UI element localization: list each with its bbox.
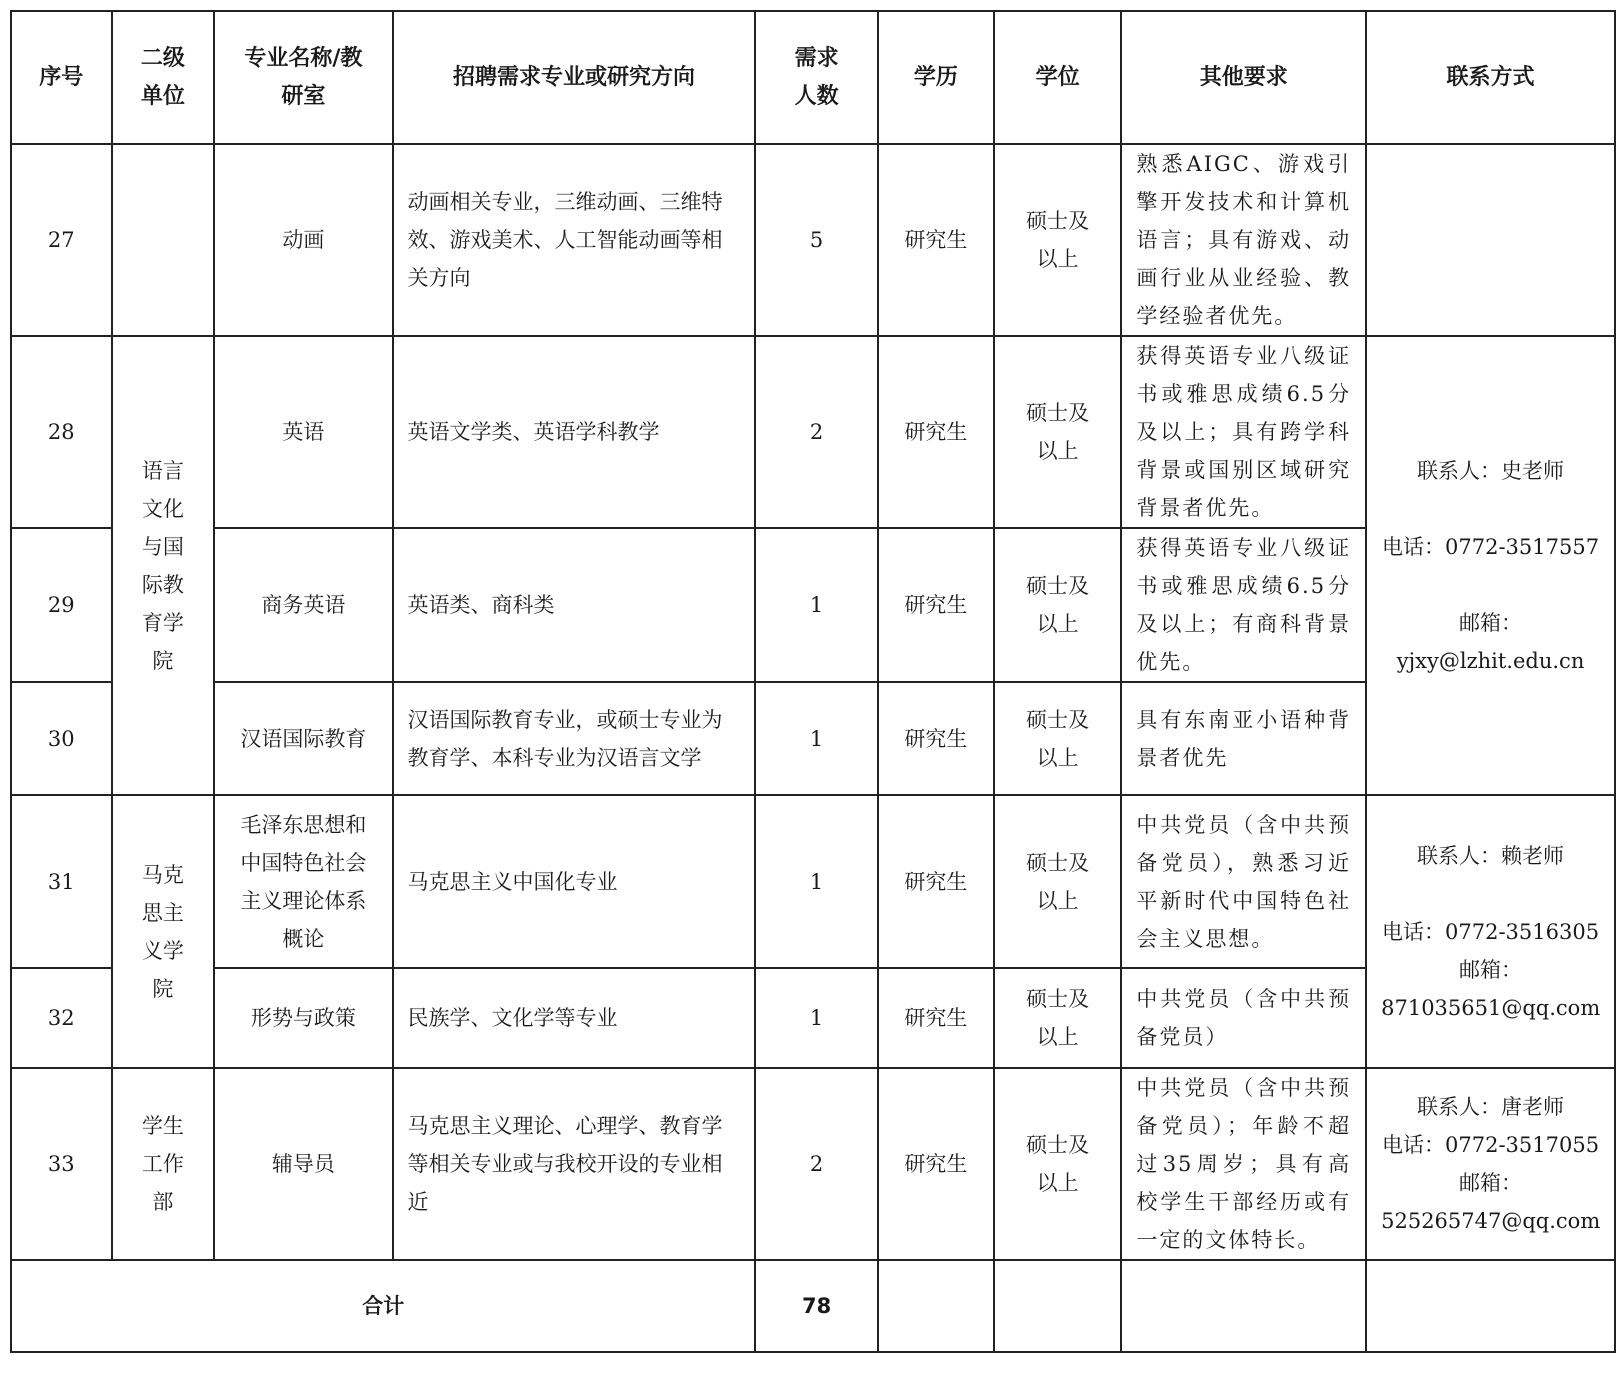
cell-education: 研究生 bbox=[878, 1068, 994, 1260]
cell-count: 2 bbox=[755, 336, 877, 528]
total-empty-other bbox=[1121, 1260, 1366, 1352]
cell-education: 研究生 bbox=[878, 144, 994, 336]
cell-contact-student: 联系人：唐老师 电话：0772-3517055 邮箱： 525265747@qq… bbox=[1366, 1068, 1615, 1260]
cell-count: 1 bbox=[755, 968, 877, 1068]
cell-contact-lang: 联系人：史老师 电话：0772-3517557 邮箱： yjxy@lzhit.e… bbox=[1366, 336, 1615, 795]
total-label: 合计 bbox=[11, 1260, 755, 1352]
header-unit: 二级 单位 bbox=[112, 11, 215, 144]
header-direction: 招聘需求专业或研究方向 bbox=[393, 11, 756, 144]
cell-education: 研究生 bbox=[878, 682, 994, 795]
cell-education: 研究生 bbox=[878, 336, 994, 528]
cell-seq: 31 bbox=[11, 795, 112, 968]
cell-other: 获得英语专业八级证书或雅思成绩6.5分及以上；有商科背景优先。 bbox=[1121, 528, 1366, 682]
header-count: 需求 人数 bbox=[755, 11, 877, 144]
cell-direction: 马克思主义理论、心理学、教育学等相关专业或与我校开设的专业相近 bbox=[393, 1068, 756, 1260]
cell-degree: 硕士及 以上 bbox=[994, 336, 1122, 528]
cell-other: 中共党员（含中共预备党员）；年龄不超过35周岁；具有高校学生干部经历或有一定的文… bbox=[1121, 1068, 1366, 1260]
cell-seq: 29 bbox=[11, 528, 112, 682]
cell-unit-lang: 语言 文化 与国 际教 育学 院 bbox=[112, 336, 215, 795]
cell-major: 英语 bbox=[214, 336, 392, 528]
table-row: 28 语言 文化 与国 际教 育学 院 英语 英语文学类、英语学科教学 2 研究… bbox=[11, 336, 1615, 528]
cell-unit-marx: 马克 思主 义学 院 bbox=[112, 795, 215, 1068]
cell-degree: 硕士及 以上 bbox=[994, 795, 1122, 968]
cell-direction: 民族学、文化学等专业 bbox=[393, 968, 756, 1068]
cell-seq: 32 bbox=[11, 968, 112, 1068]
total-row: 合计 78 bbox=[11, 1260, 1615, 1352]
cell-count: 2 bbox=[755, 1068, 877, 1260]
cell-direction: 英语文学类、英语学科教学 bbox=[393, 336, 756, 528]
cell-major: 动画 bbox=[214, 144, 392, 336]
header-degree: 学位 bbox=[994, 11, 1122, 144]
cell-count: 1 bbox=[755, 528, 877, 682]
cell-education: 研究生 bbox=[878, 968, 994, 1068]
cell-direction: 英语类、商科类 bbox=[393, 528, 756, 682]
cell-contact-marx: 联系人：赖老师 电话：0772-3516305 邮箱： 871035651@qq… bbox=[1366, 795, 1615, 1068]
total-value: 78 bbox=[755, 1260, 877, 1352]
cell-degree: 硕士及 以上 bbox=[994, 1068, 1122, 1260]
cell-direction: 动画相关专业，三维动画、三维特效、游戏美术、人工智能动画等相关方向 bbox=[393, 144, 756, 336]
header-contact: 联系方式 bbox=[1366, 11, 1615, 144]
total-empty-degree bbox=[994, 1260, 1122, 1352]
cell-major: 汉语国际教育 bbox=[214, 682, 392, 795]
cell-seq: 28 bbox=[11, 336, 112, 528]
cell-seq: 33 bbox=[11, 1068, 112, 1260]
cell-major: 辅导员 bbox=[214, 1068, 392, 1260]
cell-other: 中共党员（含中共预备党员） bbox=[1121, 968, 1366, 1068]
cell-direction: 汉语国际教育专业，或硕士专业为教育学、本科专业为汉语言文学 bbox=[393, 682, 756, 795]
cell-degree: 硕士及 以上 bbox=[994, 968, 1122, 1068]
total-empty-contact bbox=[1366, 1260, 1615, 1352]
header-other: 其他要求 bbox=[1121, 11, 1366, 144]
cell-degree: 硕士及 以上 bbox=[994, 528, 1122, 682]
cell-other: 中共党员（含中共预备党员），熟悉习近平新时代中国特色社会主义思想。 bbox=[1121, 795, 1366, 968]
cell-other: 熟悉AIGC、游戏引擎开发技术和计算机语言；具有游戏、动画行业从业经验、教学经验… bbox=[1121, 144, 1366, 336]
cell-unit-student: 学生 工作 部 bbox=[112, 1068, 215, 1260]
cell-major: 形势与政策 bbox=[214, 968, 392, 1068]
cell-count: 5 bbox=[755, 144, 877, 336]
cell-education: 研究生 bbox=[878, 795, 994, 968]
total-empty-education bbox=[878, 1260, 994, 1352]
header-education: 学历 bbox=[878, 11, 994, 144]
cell-count: 1 bbox=[755, 682, 877, 795]
header-major: 专业名称/教 研室 bbox=[214, 11, 392, 144]
table-row: 33 学生 工作 部 辅导员 马克思主义理论、心理学、教育学等相关专业或与我校开… bbox=[11, 1068, 1615, 1260]
cell-degree: 硕士及 以上 bbox=[994, 682, 1122, 795]
cell-education: 研究生 bbox=[878, 528, 994, 682]
recruitment-table: 序号 二级 单位 专业名称/教 研室 招聘需求专业或研究方向 需求 人数 学历 … bbox=[10, 10, 1616, 1353]
cell-degree: 硕士及 以上 bbox=[994, 144, 1122, 336]
header-row: 序号 二级 单位 专业名称/教 研室 招聘需求专业或研究方向 需求 人数 学历 … bbox=[11, 11, 1615, 144]
table-row: 31 马克 思主 义学 院 毛泽东思想和 中国特色社会 主义理论体系 概论 马克… bbox=[11, 795, 1615, 968]
cell-major: 商务英语 bbox=[214, 528, 392, 682]
cell-major: 毛泽东思想和 中国特色社会 主义理论体系 概论 bbox=[214, 795, 392, 968]
cell-other: 具有东南亚小语种背景者优先 bbox=[1121, 682, 1366, 795]
cell-seq: 27 bbox=[11, 144, 112, 336]
cell-unit bbox=[112, 144, 215, 336]
header-seq: 序号 bbox=[11, 11, 112, 144]
cell-other: 获得英语专业八级证书或雅思成绩6.5分及以上；具有跨学科背景或国别区域研究背景者… bbox=[1121, 336, 1366, 528]
cell-count: 1 bbox=[755, 795, 877, 968]
cell-contact bbox=[1366, 144, 1615, 336]
cell-direction: 马克思主义中国化专业 bbox=[393, 795, 756, 968]
cell-seq: 30 bbox=[11, 682, 112, 795]
table-row: 27 动画 动画相关专业，三维动画、三维特效、游戏美术、人工智能动画等相关方向 … bbox=[11, 144, 1615, 336]
